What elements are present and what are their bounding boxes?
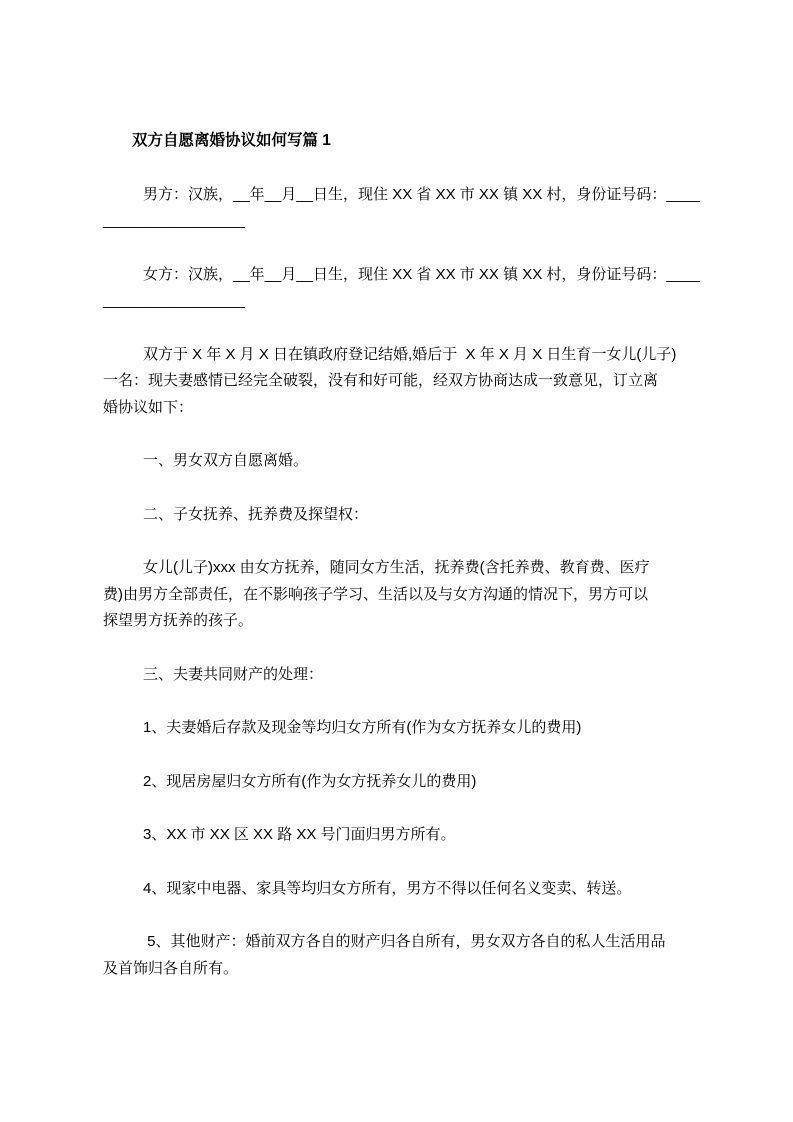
paragraph-property-item-4: 4、现家中电器、家具等均归女方所有，男方不得以任何名义变卖、转送。 [103, 876, 703, 903]
paragraph-clause-two-custody: 二、子女抚养、抚养费及探望权： [103, 502, 703, 529]
paragraph-property-item-2: 2、现居房屋归女方所有(作为女方抚养女儿的费用) [103, 769, 703, 796]
paragraph-wife-info: 女方：汉族，__年__月__日生，现住 XX 省 XX 市 XX 镇 XX 村，… [103, 262, 703, 315]
document-page: 双方自愿离婚协议如何写篇 1 男方：汉族，__年__月__日生，现住 XX 省 … [0, 0, 793, 1122]
paragraph-property-item-3: 3、XX 市 XX 区 XX 路 XX 号门面归男方所有。 [103, 822, 703, 849]
document-title: 双方自愿离婚协议如何写篇 1 [103, 128, 703, 155]
document-body: 双方自愿离婚协议如何写篇 1 男方：汉族，__年__月__日生，现住 XX 省 … [103, 128, 703, 1009]
paragraph-property-item-1: 1、夫妻婚后存款及现金等均归女方所有(作为女方抚养女儿的费用) [103, 715, 703, 742]
paragraph-marriage-history: 双方于 X 年 X 月 X 日在镇政府登记结婚,婚后于 X 年 X 月 X 日生… [103, 342, 703, 422]
paragraph-clause-three-property: 三、夫妻共同财产的处理： [103, 662, 703, 689]
paragraph-husband-info: 男方：汉族，__年__月__日生，现住 XX 省 XX 市 XX 镇 XX 村，… [103, 182, 703, 235]
paragraph-clause-one-divorce: 一、男女双方自愿离婚。 [103, 448, 703, 475]
paragraph-property-item-5: 5、其他财产：婚前双方各自的财产归各自所有，男女双方各自的私人生活用品 及首饰归… [103, 929, 703, 982]
paragraph-custody-details: 女儿(儿子)xxx 由女方抚养，随同女方生活，抚养费(含托养费、教育费、医疗 费… [103, 555, 703, 635]
